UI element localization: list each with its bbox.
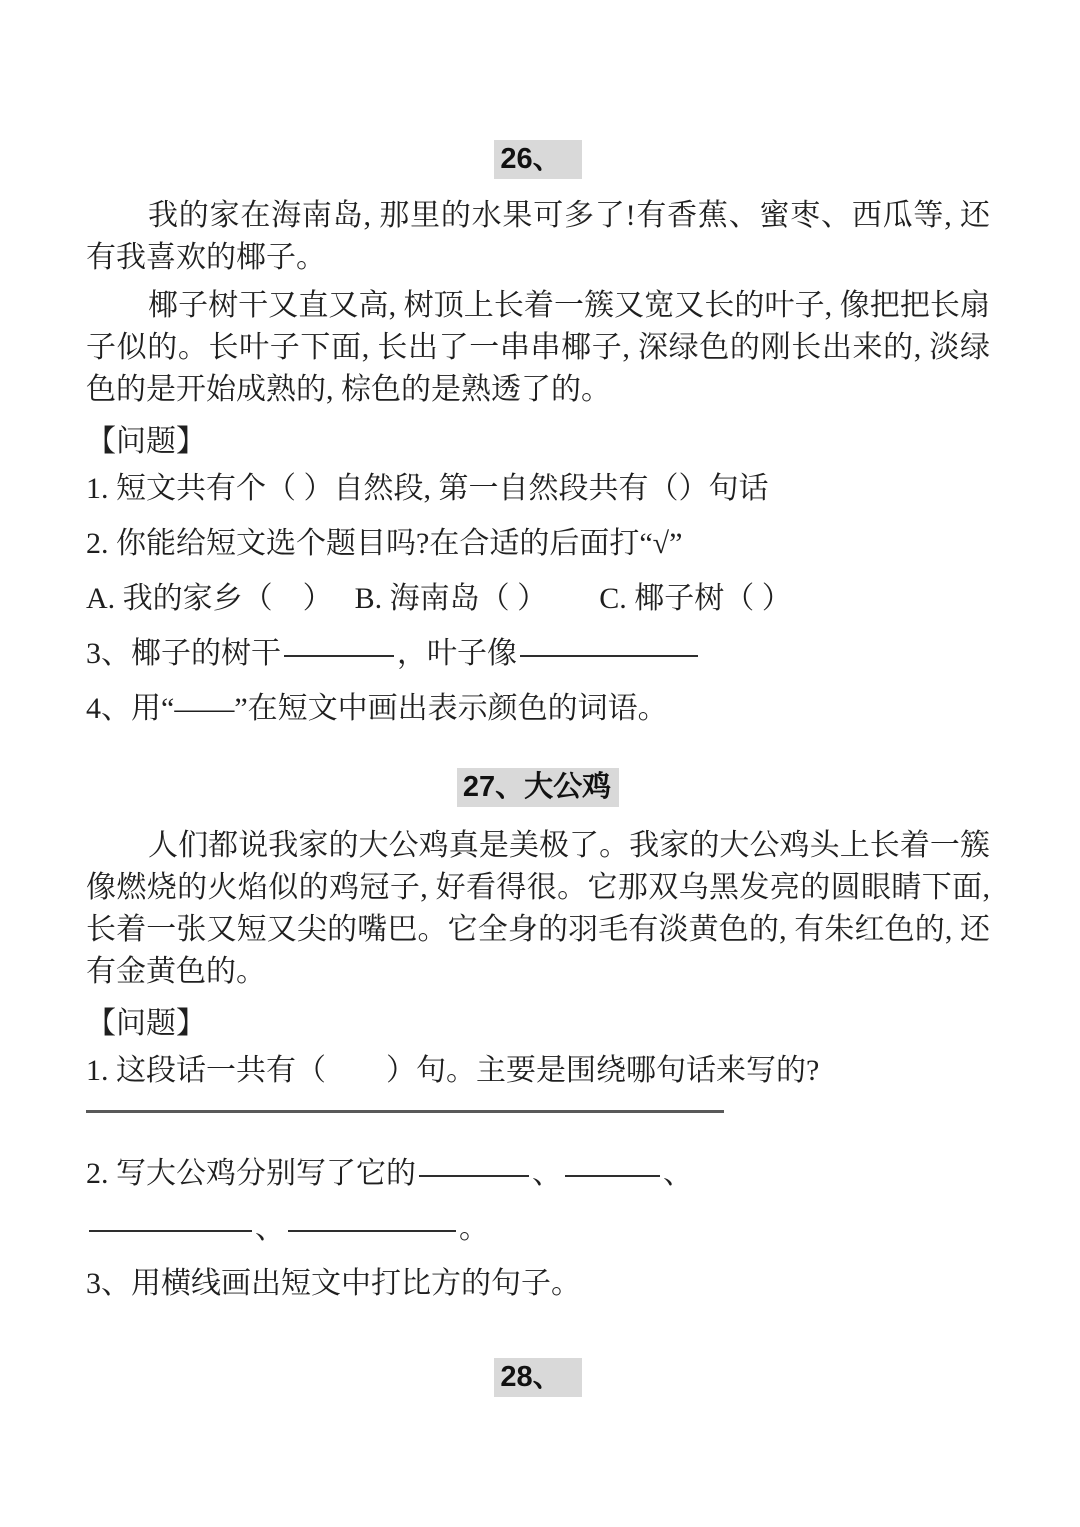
question-3-text-between-blanks: ，叶子像 — [397, 637, 517, 670]
option-c: C. 椰子树（ ） — [599, 582, 792, 615]
section-27-question-2-continued: 、。 — [86, 1208, 990, 1250]
option-a: A. 我的家乡（ ） — [86, 582, 333, 615]
dun-separator: 、 — [255, 1212, 285, 1245]
section-27-heading: 27、大公鸡 — [86, 770, 990, 805]
fill-in-blank — [565, 1175, 660, 1177]
section-26-paragraph-2: 椰子树干又直又高, 树顶上长着一簇又宽又长的叶子, 像把把长扇子似的。长叶子下面… — [86, 285, 990, 411]
worksheet-page: 26、 我的家在海南岛, 那里的水果可多了!有香蕉、蜜枣、西瓜等, 还有我喜欢的… — [0, 0, 1080, 1527]
section-27-question-1: 1. 这段话一共有（ ）句。主要是围绕哪句话来写的? — [86, 1050, 990, 1092]
question-3-text-before-blank: 3、椰子的树干 — [86, 637, 281, 670]
section-26-heading: 26、 — [86, 142, 990, 177]
section-27-question-3: 3、用横线画出短文中打比方的句子。 — [86, 1263, 990, 1305]
section-26-question-4: 4、用“——”在短文中画出表示颜色的词语。 — [86, 688, 990, 730]
section-27-questions-label: 【问题】 — [86, 1003, 990, 1045]
dun-separator: 、 — [532, 1157, 562, 1190]
section-28-heading: 28、 — [86, 1360, 990, 1395]
fill-in-blank — [419, 1175, 529, 1177]
section-27-question-2: 2. 写大公鸡分别写了它的、、 — [86, 1153, 990, 1195]
section-26-question-3: 3、椰子的树干，叶子像 — [86, 633, 990, 675]
section-26-paragraph-1: 我的家在海南岛, 那里的水果可多了!有香蕉、蜜枣、西瓜等, 还有我喜欢的椰子。 — [86, 195, 990, 279]
period-mark: 。 — [459, 1212, 489, 1245]
fill-in-blank — [520, 655, 698, 657]
fill-in-blank — [288, 1230, 456, 1232]
section-26-heading-text: 26、 — [494, 140, 581, 179]
answer-line — [86, 1110, 724, 1113]
fill-in-blank — [284, 655, 394, 657]
option-b: B. 海南岛（ ） — [355, 582, 548, 615]
section-27-paragraph-1: 人们都说我家的大公鸡真是美极了。我家的大公鸡头上长着一簇像燃烧的火焰似的鸡冠子,… — [86, 825, 990, 993]
section-26-question-2: 2. 你能给短文选个题目吗?在合适的后面打“√” — [86, 523, 990, 565]
section-26-questions-label: 【问题】 — [86, 421, 990, 463]
fill-in-blank — [89, 1230, 252, 1232]
section-28-heading-text: 28、 — [494, 1358, 581, 1397]
section-26-question-2-options: A. 我的家乡（ ）B. 海南岛（ ）C. 椰子树（ ） — [86, 578, 990, 620]
question-2-text-before-blanks: 2. 写大公鸡分别写了它的 — [86, 1157, 416, 1190]
dun-separator: 、 — [663, 1157, 693, 1190]
section-27-heading-text: 27、大公鸡 — [457, 768, 619, 807]
section-26-question-1: 1. 短文共有个（ ）自然段, 第一自然段共有（）句话 — [86, 468, 990, 510]
